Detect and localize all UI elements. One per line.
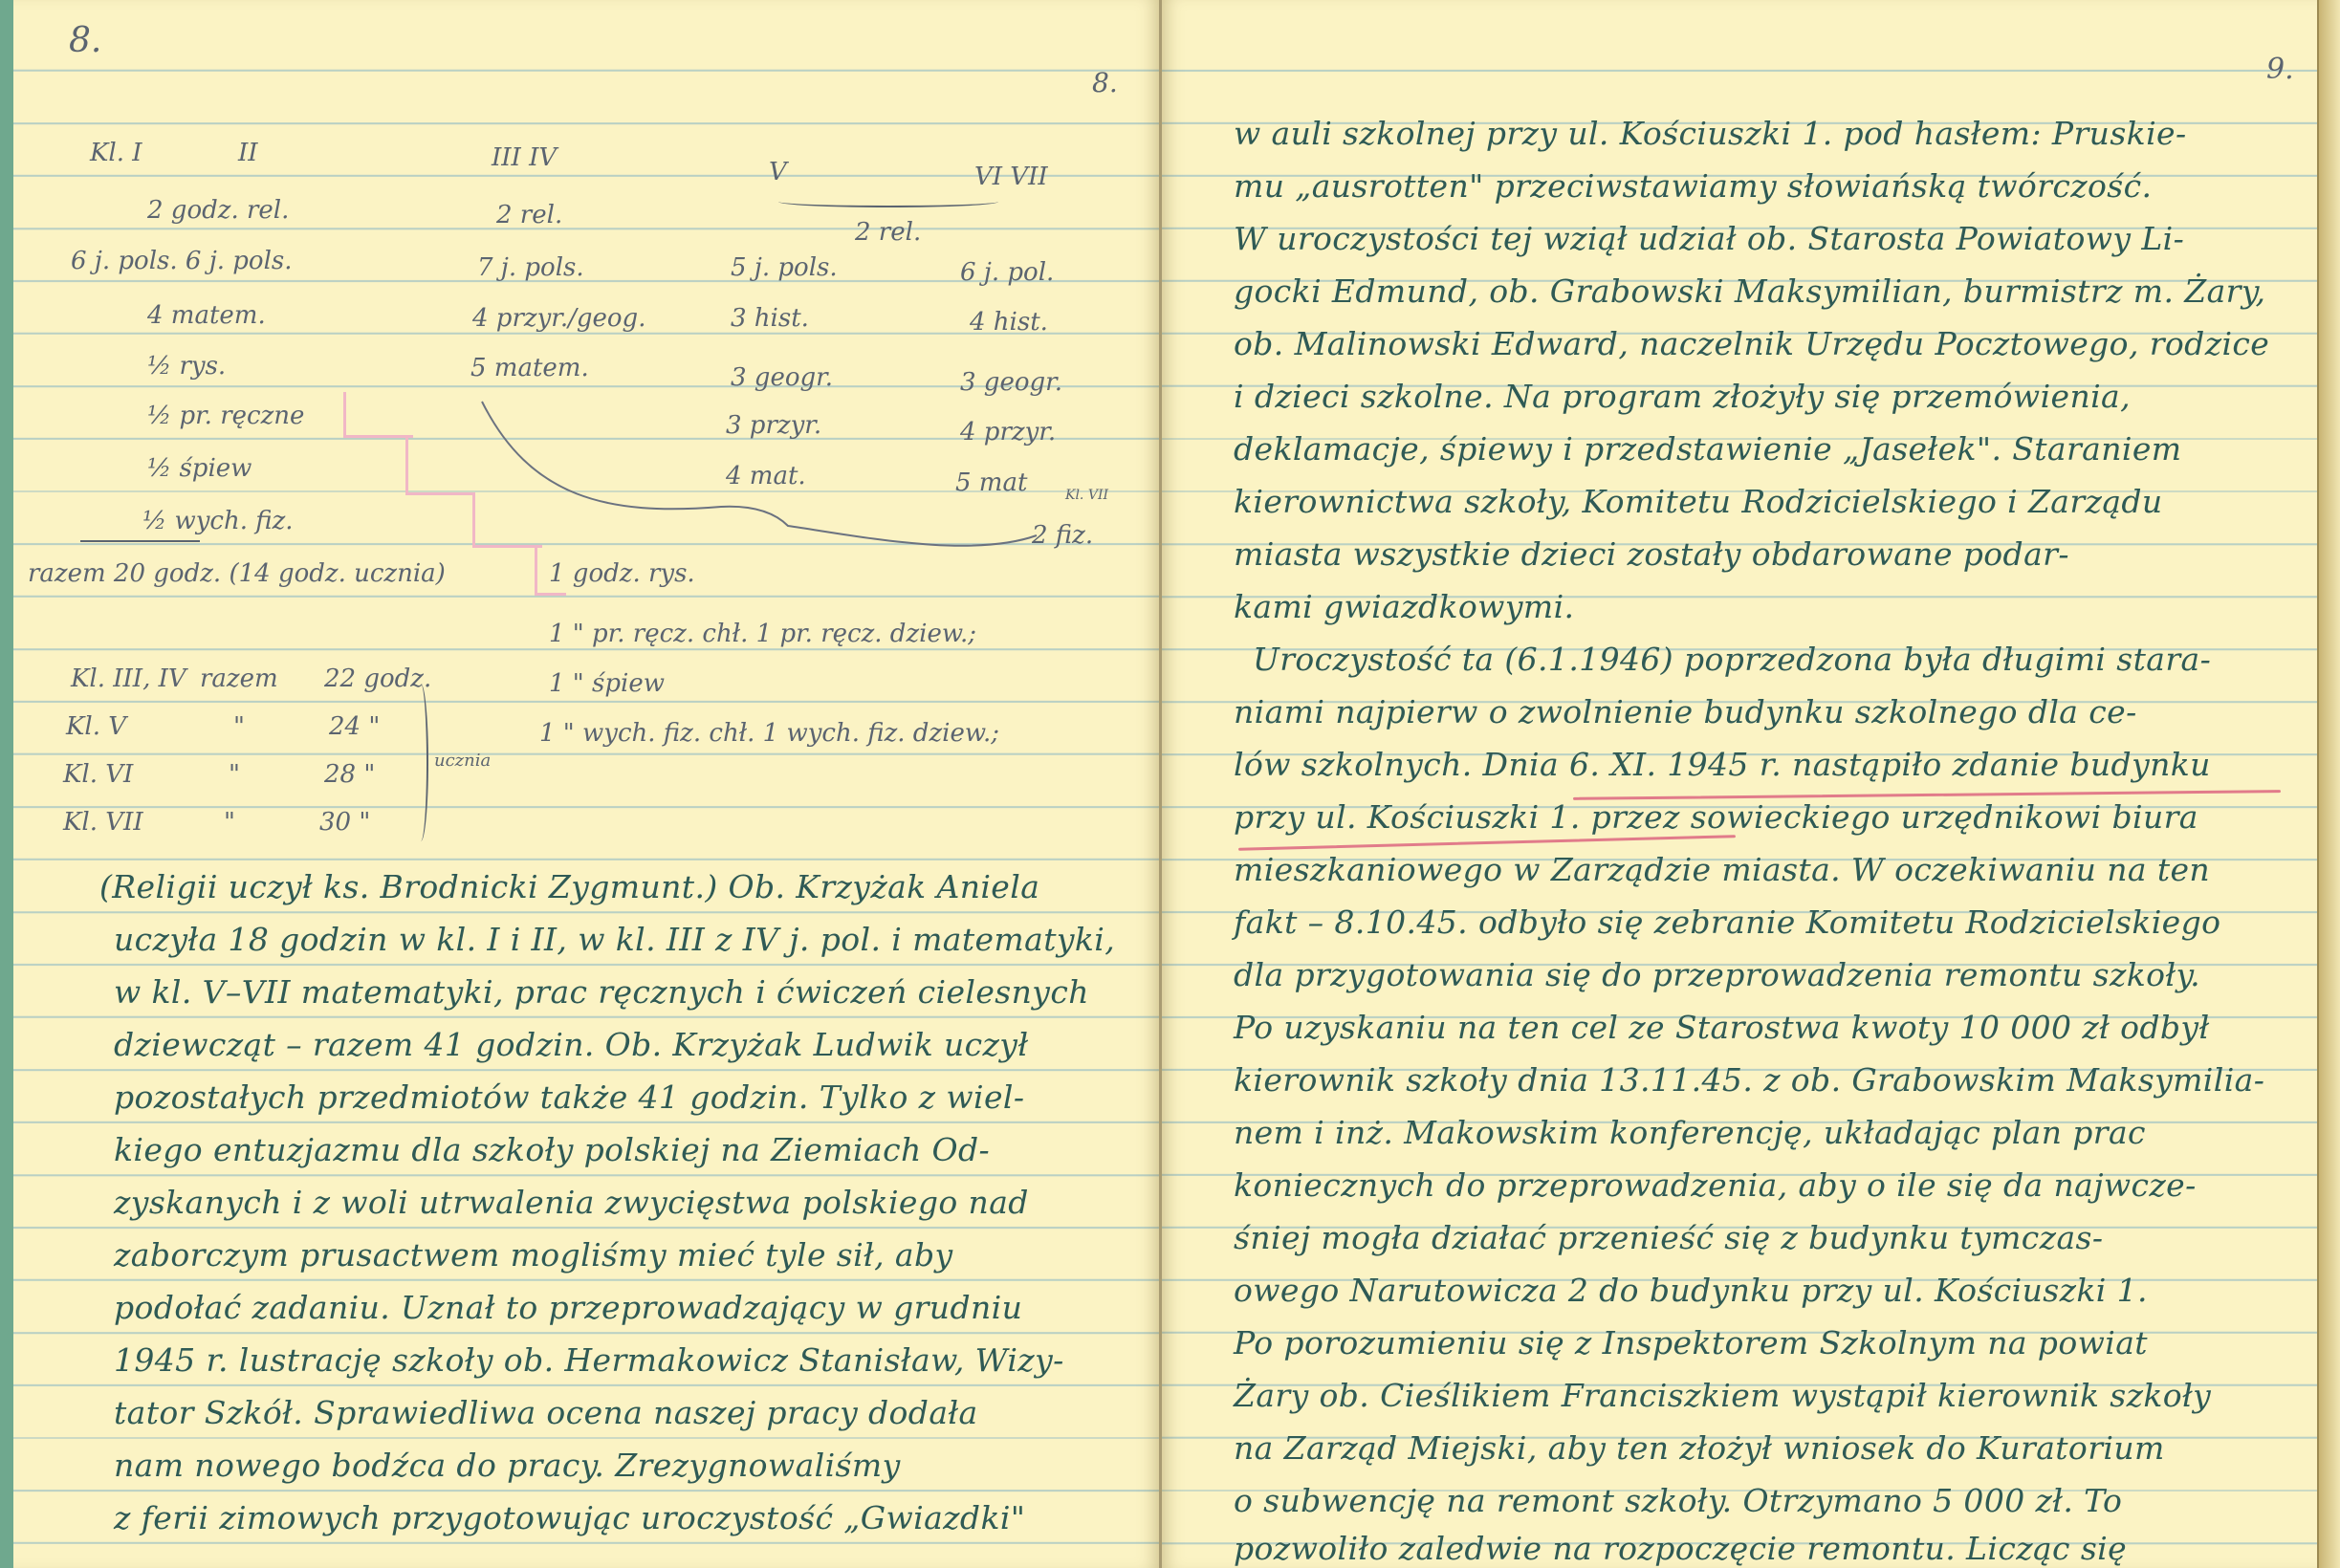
header-kl-VI-VII: VI VII (974, 163, 1048, 191)
col-III-IV-row: 5 matem. (470, 354, 589, 382)
prose-line: nam nowego bodźca do pracy. Zrezygnowali… (114, 1447, 901, 1484)
prose-line: kierownik szkoły dnia 13.11.45. z ob. Gr… (1234, 1061, 2264, 1099)
totals-word: razem (200, 664, 278, 693)
prose-line: pozostałych przedmiotów także 41 godzin.… (114, 1078, 1024, 1116)
right-page: 9. w auli szkolnej przy ul. Kościuszki 1… (1162, 0, 2317, 1568)
prose-line: na Zarząd Miejski, aby ten złożył wniose… (1234, 1429, 2165, 1467)
prose-line: kiego entuzjazmu dla szkoły polskiej na … (114, 1131, 990, 1168)
prose-line: niami najpierw o zwolnienie budynku szko… (1234, 693, 2137, 730)
col-I-II-row: ½ śpiew (147, 454, 251, 483)
prose-line: lów szkolnych. Dnia 6. XI. 1945 r. nastą… (1234, 746, 2211, 783)
prose-line: koniecznych do przeprowadzenia, aby o il… (1234, 1166, 2197, 1204)
col-I-II-row: ½ wych. fiz. (142, 507, 294, 535)
page-number-top-left: 8. (69, 21, 101, 60)
totals-label: Kl. VII (63, 808, 143, 837)
prose-line: z ferii zimowych przygotowując uroczysto… (114, 1499, 1025, 1536)
prose-line: śniej mogła działać przenieść się z budy… (1234, 1219, 2103, 1256)
col-I-II-row: ½ rys. (147, 352, 226, 381)
prose-line: podołać zadaniu. Uznał to przeprowadzają… (114, 1289, 1022, 1326)
total-I-II: razem 20 godz. (14 godz. ucznia) (28, 559, 446, 588)
totals-word: " (229, 760, 240, 789)
prose-line: Po uzyskaniu na ten cel ze Starostwa kwo… (1234, 1009, 2210, 1046)
right-page-edge (2317, 0, 2340, 1568)
totals-word: " (233, 712, 245, 741)
prose-line: pozwoliło zaledwie na rozpoczęcie remont… (1234, 1530, 2127, 1567)
col-III-IV-row: 4 przyr./geog. (472, 304, 645, 333)
prose-line: dla przygotowania się do przeprowadzenia… (1234, 956, 2200, 993)
prose-line: owego Narutowicza 2 do budynku przy ul. … (1234, 1272, 2148, 1309)
prose-line: deklamacje, śpiewy i przedstawienie „Jas… (1234, 430, 2181, 468)
col-I-II-row: ½ pr. ręczne (147, 402, 304, 430)
prose-line: fakt – 8.10.45. odbyło się zebranie Komi… (1234, 904, 2220, 941)
totals-label: Kl. III, IV (71, 664, 186, 693)
prose-line: miasta wszystkie dzieci zostały obdarowa… (1234, 535, 2069, 573)
prose-line: mu „ausrotten" przeciwstawiamy słowiańsk… (1234, 167, 2152, 205)
extra-hours-row: 1 " pr. ręcz. chł. 1 pr. ręcz. dziew.; (549, 620, 976, 648)
header-kl-I: Kl. I (90, 139, 142, 167)
prose-line: ob. Malinowski Edward, naczelnik Urzędu … (1234, 325, 2269, 362)
totals-hours: 28 " (324, 760, 375, 789)
kl-VII-note: Kl. VII (1065, 488, 1108, 503)
extra-hours-row: 1 godz. rys. (549, 559, 695, 588)
prose-line: Żary ob. Cieślikiem Franciszkiem wystąpi… (1234, 1377, 2211, 1414)
header-kl-III-IV: III IV (492, 143, 557, 172)
prose-line: kierownictwa szkoły, Komitetu Rodziciels… (1234, 483, 2163, 520)
totals-label: Kl. V (66, 712, 126, 741)
prose-line: przy ul. Kościuszki 1. przez sowieckiego… (1234, 798, 2198, 836)
prose-line: zaborczym prusactwem mogliśmy mieć tyle … (114, 1236, 953, 1274)
col-VI-VII-row: 4 hist. (970, 308, 1048, 337)
totals-bracket (413, 684, 428, 841)
prose-line: (Religii uczył ks. Brodnicki Zygmunt.) O… (99, 868, 1039, 905)
sum-underline (80, 540, 200, 542)
prose-line: Po porozumieniu się z Inspektorem Szkoln… (1234, 1324, 2148, 1361)
col-I-II-row: 6 j. pols. 6 j. pols. (71, 247, 293, 275)
shared-rel-V-VII: 2 rel. (855, 218, 921, 247)
prose-line: zyskanych i z woli utrwalenia zwycięstwa… (114, 1184, 1029, 1221)
notebook-spread: 8. 8. Kl. I II III IV V VI VII 2 godz. r… (13, 0, 2340, 1568)
totals-word: " (224, 808, 235, 837)
totals-label: Kl. VI (63, 760, 133, 789)
pink-step-decoration (405, 435, 475, 495)
left-page: 8. 8. Kl. I II III IV V VI VII 2 godz. r… (13, 0, 1159, 1568)
totals-hours: 24 " (329, 712, 380, 741)
page-number: 9. (2266, 53, 2294, 86)
prose-line: kami gwiazdkowymi. (1234, 588, 1574, 625)
page-number-top-right: 8. (1092, 67, 1118, 98)
extra-hours-row: 1 " śpiew (549, 669, 665, 698)
header-kl-II: II (238, 139, 258, 167)
prose-line: 1945 r. lustrację szkoły ob. Hermakowicz… (114, 1341, 1064, 1379)
prose-line: Uroczystość ta (6.1.1946) poprzedzona by… (1253, 641, 2211, 678)
red-underline (1238, 835, 1736, 851)
col-III-IV-row: 2 rel. (496, 201, 562, 229)
prose-line: tator Szkół. Sprawiedliwa ocena naszej p… (114, 1394, 978, 1431)
prose-line: i dzieci szkolne. Na program złożyły się… (1234, 378, 2131, 415)
header-kl-V: V (769, 158, 787, 186)
prose-line: w auli szkolnej przy ul. Kościuszki 1. p… (1234, 115, 2187, 152)
extra-hours-row: 1 " wych. fiz. chł. 1 wych. fiz. dziew.; (539, 719, 999, 748)
col-III-IV-row: 7 j. pols. (477, 253, 584, 282)
prose-line: uczyła 18 godzin w kl. I i II, w kl. III… (114, 921, 1115, 958)
prose-line: mieszkaniowego w Zarządzie miasta. W ocz… (1234, 851, 2210, 888)
prose-line: W uroczystości tej wziął udział ob. Star… (1234, 220, 2184, 257)
col-V-row: 3 geogr. (731, 363, 833, 392)
totals-bracket-note: ucznia (434, 751, 491, 771)
prose-line: nem i inż. Makowskim konferencję, układa… (1234, 1114, 2146, 1151)
prose-line: dziewcząt – razem 41 godzin. Ob. Krzyżak… (114, 1026, 1028, 1063)
col-I-II-row: 2 godz. rel. (147, 196, 289, 225)
totals-hours: 30 " (319, 808, 370, 837)
prose-line: gocki Edmund, ob. Grabowski Maksymilian,… (1234, 272, 2265, 310)
grouping-brace (472, 392, 1065, 564)
prose-line: o subwencję na remont szkoły. Otrzymano … (1234, 1482, 2122, 1519)
pink-step-decoration (343, 392, 413, 438)
brace-V-VII (778, 196, 998, 207)
col-V-row: 5 j. pols. (731, 253, 838, 282)
prose-line: w kl. V–VII matematyki, prac ręcznych i … (114, 973, 1089, 1011)
col-V-row: 3 hist. (731, 304, 809, 333)
col-I-II-row: 4 matem. (147, 301, 266, 330)
col-VI-VII-row: 6 j. pol. (960, 258, 1054, 287)
pink-step-decoration (472, 492, 542, 548)
